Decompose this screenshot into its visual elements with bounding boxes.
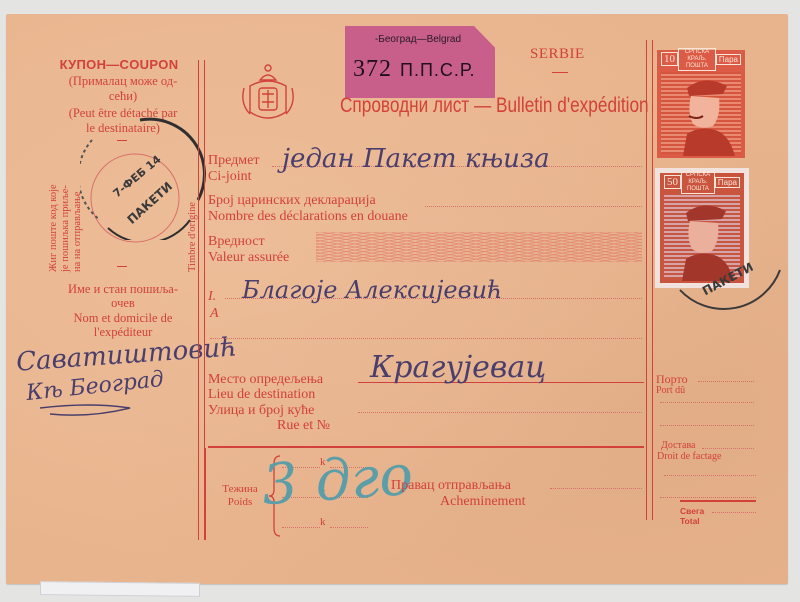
sender-label-sr-2: очев xyxy=(48,296,198,311)
paper-slip-underneath xyxy=(40,581,200,597)
fee-dotted-line[interactable] xyxy=(664,475,756,476)
stamp-currency: Пара xyxy=(715,177,740,188)
weight-left-border xyxy=(205,448,206,540)
fee-dotted-line[interactable] xyxy=(660,497,756,498)
stamp-10-para: 10СРПСКА КРАЉ. ПОШТАПара xyxy=(657,50,745,158)
value-label-fr: Valeur assurée xyxy=(208,250,289,266)
handwritten-underline xyxy=(30,400,210,430)
stamp-value: 10 xyxy=(661,52,678,66)
insured-value-guilloche xyxy=(316,232,642,262)
coupon-perforation-line xyxy=(198,60,199,540)
country-name: SERBIE xyxy=(530,46,585,63)
street-label-sr: Улица и број куће xyxy=(208,403,314,419)
sender-label-sr-1: Име и стан пошиља- xyxy=(48,282,198,297)
recipient-dotted-line-2[interactable] xyxy=(210,338,642,339)
street-label-fr: Rue et № xyxy=(277,418,330,434)
recipient-prefix-2: A xyxy=(210,306,219,322)
delivery-label-fr: Droit de factage xyxy=(657,451,721,462)
coat-of-arms-icon xyxy=(240,64,296,130)
stamp-currency: Пара xyxy=(716,54,741,65)
street-dotted-line[interactable] xyxy=(358,412,642,413)
registration-code: П.П.С.Р. xyxy=(400,60,475,80)
registration-city: -Београд—Belgrad xyxy=(353,34,483,45)
total-divider xyxy=(680,500,756,502)
object-label-sr: Предмет xyxy=(208,153,259,169)
total-dotted-line[interactable] xyxy=(712,512,756,513)
stamp-header: СРПСКА КРАЉ. ПОШТА xyxy=(681,171,715,194)
king-peter-portrait-icon xyxy=(669,72,739,156)
coupon-note-sr-2: сећи) xyxy=(48,89,198,104)
routing-label-sr: Правац отправљања xyxy=(391,478,511,494)
customs-dotted-line[interactable] xyxy=(425,206,642,207)
section-divider xyxy=(208,446,644,448)
registration-label: -Београд—Belgrad 372П.П.С.Р. xyxy=(345,26,495,98)
port-label-fr: Port dû xyxy=(656,385,685,396)
customs-label-sr: Број царинских декларација xyxy=(208,193,376,209)
coupon-vertical-text-1: Жиг поште код које xyxy=(48,184,59,272)
total-label-sr: Свега xyxy=(680,506,704,516)
document-title: Спроводни лист — Bulletin d'expédition xyxy=(340,94,649,118)
postmark-stamp-icon xyxy=(80,110,220,240)
delivery-label-sr: Достава xyxy=(661,440,695,451)
divider xyxy=(117,266,127,267)
registration-number: 372 xyxy=(353,56,392,82)
recipient-prefix-1: I. xyxy=(208,289,216,305)
registration-number-line: 372П.П.С.Р. xyxy=(353,56,475,83)
divider xyxy=(552,72,568,73)
coupon-vertical-text-2: је пошиљка приље- xyxy=(60,185,71,272)
stamp-value: 50 xyxy=(664,175,681,189)
routing-label-fr: Acheminement xyxy=(440,494,526,510)
weight-line-3[interactable] xyxy=(282,527,320,528)
coupon-title: КУПОН—COUPON xyxy=(44,57,194,72)
sender-label-fr-1: Nom et domicile de xyxy=(48,311,198,326)
delivery-dotted-line[interactable] xyxy=(702,448,754,449)
destination-label-fr: Lieu de destination xyxy=(208,387,315,403)
destination-value: Крагујевац xyxy=(370,350,546,385)
value-label-sr: Вредност xyxy=(208,234,265,250)
object-value: један Пакет књиза xyxy=(282,144,550,174)
total-label-fr: Total xyxy=(680,516,700,526)
coupon-note-sr-1: (Прималац може од- xyxy=(48,74,198,89)
destination-label-sr: Место опредељења xyxy=(208,372,323,388)
recipient-value: Благоје Алексијевић xyxy=(242,276,503,304)
weight-label-fr: Poids xyxy=(215,496,265,509)
port-dotted-line[interactable] xyxy=(698,381,754,382)
fee-column-border xyxy=(646,40,647,520)
fee-column-border-2 xyxy=(652,40,653,520)
weight-unit-3: k xyxy=(320,516,326,529)
weight-label-sr: Тежина xyxy=(215,483,265,496)
routing-dotted-line[interactable] xyxy=(550,488,642,489)
fee-dotted-line[interactable] xyxy=(660,402,754,403)
weight-line-3b[interactable] xyxy=(330,527,368,528)
customs-label-fr: Nombre des déclarations en douane xyxy=(208,209,408,225)
fee-dotted-line[interactable] xyxy=(660,425,754,426)
postmark-stamp-icon xyxy=(670,250,790,330)
object-label-fr: Ci-joint xyxy=(208,169,252,185)
stamp-header: СРПСКА КРАЉ. ПОШТА xyxy=(678,48,716,71)
